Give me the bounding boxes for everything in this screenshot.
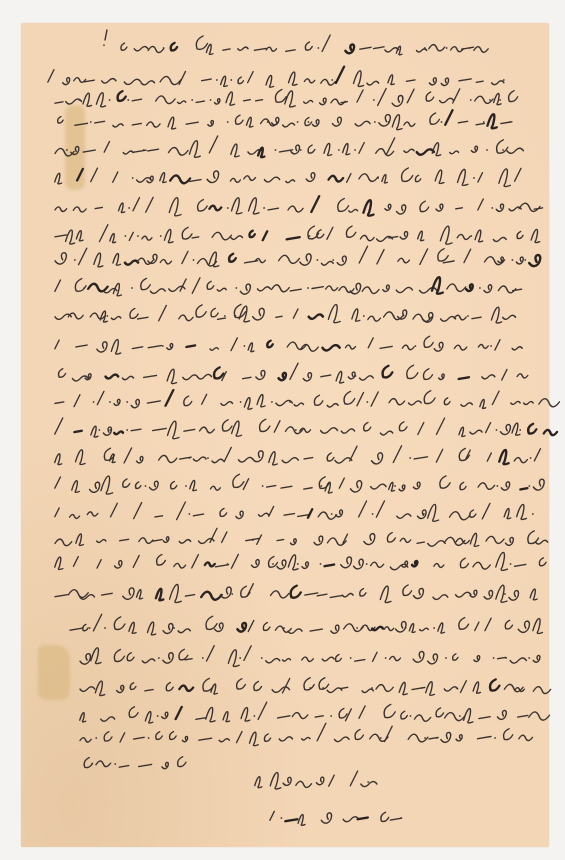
- shorthand-stroke: [136, 456, 143, 462]
- shorthand-stroke: [466, 284, 473, 291]
- punctuation-dot: [504, 593, 506, 595]
- shorthand-stroke: [484, 285, 492, 293]
- shorthand-stroke: [264, 734, 271, 741]
- shorthand-stroke: [254, 48, 266, 50]
- shorthand-stroke: [479, 717, 490, 719]
- punctuation-dot: [499, 99, 501, 101]
- shorthand-stroke: [353, 71, 365, 87]
- shorthand-stroke: [170, 43, 177, 51]
- shorthand-stroke: [278, 255, 299, 263]
- shorthand-stroke: [269, 507, 274, 517]
- punctuation-dot: [371, 687, 373, 689]
- shorthand-stroke: [247, 584, 253, 596]
- shorthand-stroke: [495, 340, 500, 350]
- shorthand-stroke: [429, 45, 445, 51]
- shorthand-stroke: [271, 118, 279, 125]
- shorthand-stroke: [419, 288, 437, 293]
- shorthand-stroke: [378, 89, 386, 106]
- shorthand-stroke: [255, 777, 264, 788]
- shorthand-stroke: [507, 148, 524, 153]
- shorthand-stroke: [373, 652, 377, 661]
- shorthand-stroke: [355, 730, 364, 740]
- shorthand-stroke: [418, 423, 424, 435]
- shorthand-stroke: [163, 537, 169, 543]
- shorthand-stroke: [459, 427, 466, 436]
- shorthand-stroke: [179, 540, 191, 544]
- shorthand-stroke: [502, 370, 507, 380]
- shorthand-stroke: [202, 79, 212, 81]
- shorthand-stroke: [463, 709, 474, 723]
- punctuation-dot: [272, 563, 274, 565]
- shorthand-stroke: [104, 141, 109, 152]
- shorthand-stroke: [71, 147, 80, 155]
- shorthand-stroke: [458, 121, 467, 123]
- shorthand-stroke: [167, 344, 173, 350]
- shorthand-stroke: [436, 204, 443, 211]
- punctuation-dot: [128, 207, 130, 209]
- shorthand-stroke: [277, 540, 284, 541]
- punctuation-dot: [224, 315, 226, 317]
- punctuation-dot: [157, 715, 159, 717]
- shorthand-stroke: [199, 427, 214, 433]
- shorthand-stroke: [210, 348, 219, 351]
- shorthand-stroke: [512, 347, 522, 350]
- shorthand-stroke: [113, 254, 122, 266]
- shorthand-stroke: [90, 313, 106, 319]
- shorthand-stroke: [312, 120, 319, 126]
- shorthand-stroke: [216, 565, 229, 567]
- shorthand-stroke: [417, 510, 426, 519]
- punctuation-dot: [104, 627, 106, 629]
- shorthand-stroke: [248, 198, 261, 214]
- punctuation-dot: [300, 149, 302, 151]
- shorthand-stroke: [268, 452, 278, 465]
- shorthand-stroke: [237, 623, 246, 632]
- shorthand-stroke: [487, 114, 498, 128]
- shorthand-stroke: [499, 450, 510, 464]
- shorthand-stroke: [211, 308, 219, 316]
- shorthand-stroke: [272, 687, 290, 692]
- shorthand-stroke: [134, 737, 145, 739]
- shorthand-stroke: [243, 479, 248, 490]
- punctuation-dot: [210, 99, 212, 101]
- shorthand-stroke: [359, 501, 367, 517]
- shorthand-stroke: [401, 168, 414, 181]
- shorthand-stroke: [397, 310, 407, 319]
- shorthand-stroke: [131, 429, 141, 431]
- shorthand-stroke: [124, 79, 141, 84]
- shorthand-stroke: [241, 708, 252, 722]
- shorthand-stroke: [257, 287, 270, 291]
- punctuation-dot: [162, 345, 164, 347]
- shorthand-stroke: [461, 403, 473, 407]
- shorthand-stroke: [357, 393, 364, 406]
- shorthand-stroke: [412, 687, 425, 689]
- shorthand-stroke: [239, 306, 251, 322]
- shorthand-stroke: [214, 367, 225, 378]
- shorthand-stroke: [207, 281, 215, 289]
- shorthand-stroke: [267, 486, 276, 487]
- shorthand-stroke: [476, 81, 483, 82]
- shorthand-stroke: [305, 593, 318, 595]
- shorthand-stroke: [95, 207, 102, 208]
- shorthand-stroke: [504, 509, 512, 519]
- shorthand-stroke: [230, 178, 240, 182]
- shorthand-stroke: [337, 256, 347, 265]
- punctuation-dot: [244, 345, 246, 347]
- shorthand-stroke: [378, 115, 390, 126]
- punctuation-dot: [330, 715, 332, 717]
- shorthand-stroke: [372, 627, 383, 630]
- shorthand-stroke: [131, 400, 140, 408]
- punctuation-dot: [114, 763, 116, 765]
- shorthand-stroke: [195, 305, 207, 317]
- shorthand-stroke: [77, 169, 83, 180]
- shorthand-stroke: [530, 589, 538, 600]
- shorthand-stroke: [328, 305, 342, 323]
- shorthand-stroke: [433, 595, 448, 600]
- shorthand-stroke: [408, 401, 421, 405]
- shorthand-stroke: [199, 738, 212, 740]
- shorthand-stroke: [140, 278, 151, 289]
- shorthand-stroke: [438, 623, 446, 633]
- shorthand-stroke: [74, 395, 80, 407]
- shorthand-stroke: [450, 151, 459, 154]
- shorthand-stroke: [380, 812, 389, 821]
- shorthand-stroke: [167, 369, 178, 383]
- shorthand-stroke: [329, 775, 334, 786]
- shorthand-stroke: [415, 175, 421, 181]
- punctuation-dot: [227, 121, 229, 123]
- shorthand-stroke: [498, 657, 506, 658]
- shorthand-stroke: [400, 232, 408, 240]
- shorthand-stroke: [385, 726, 393, 741]
- shorthand-stroke: [341, 687, 348, 688]
- punctuation-dot: [374, 121, 376, 123]
- punctuation-dot: [424, 737, 426, 739]
- shorthand-handwriting: [0, 0, 565, 860]
- shorthand-stroke: [334, 737, 349, 742]
- shorthand-stroke: [55, 402, 64, 403]
- shorthand-stroke: [249, 732, 260, 745]
- shorthand-stroke: [83, 150, 95, 152]
- shorthand-stroke: [324, 143, 333, 155]
- shorthand-stroke: [478, 483, 495, 489]
- shorthand-stroke: [321, 79, 336, 85]
- punctuation-dot: [283, 627, 285, 629]
- shorthand-stroke: [185, 659, 192, 660]
- shorthand-stroke: [197, 374, 212, 378]
- punctuation-dot: [123, 687, 125, 689]
- shorthand-stroke: [336, 67, 344, 83]
- shorthand-stroke: [317, 594, 327, 596]
- shorthand-stroke: [210, 486, 220, 490]
- shorthand-stroke: [478, 736, 491, 738]
- shorthand-stroke: [440, 226, 454, 244]
- shorthand-stroke: [268, 208, 278, 210]
- shorthand-stroke: [207, 171, 219, 183]
- shorthand-stroke: [282, 678, 289, 692]
- punctuation-dot: [126, 401, 128, 403]
- shorthand-stroke: [402, 585, 412, 595]
- shorthand-stroke: [161, 712, 168, 718]
- shorthand-stroke: [152, 540, 162, 542]
- shorthand-stroke: [125, 261, 139, 265]
- shorthand-stroke: [490, 679, 501, 690]
- punctuation-dot: [289, 401, 291, 403]
- shorthand-stroke: [80, 687, 95, 692]
- shorthand-stroke: [459, 79, 471, 81]
- punctuation-dot: [91, 763, 93, 765]
- shorthand-stroke: [327, 453, 335, 461]
- shorthand-stroke: [55, 102, 63, 103]
- shorthand-stroke: [327, 227, 333, 239]
- shorthand-stroke: [182, 251, 188, 263]
- punctuation-dot: [366, 563, 368, 565]
- shorthand-stroke: [196, 101, 204, 102]
- punctuation-dot: [532, 513, 534, 515]
- shorthand-stroke: [510, 658, 527, 663]
- shorthand-stroke: [248, 620, 254, 631]
- punctuation-dot: [295, 429, 297, 431]
- shorthand-stroke: [533, 479, 545, 490]
- shorthand-stroke: [322, 35, 330, 51]
- punctuation-dot: [98, 429, 100, 431]
- shorthand-stroke: [511, 401, 521, 404]
- shorthand-stroke: [343, 624, 363, 632]
- shorthand-stroke: [148, 46, 164, 52]
- punctuation-dot: [254, 715, 256, 717]
- shorthand-stroke: [301, 737, 310, 740]
- shorthand-stroke: [129, 309, 138, 319]
- punctuation-dot: [145, 485, 147, 487]
- shorthand-stroke: [412, 561, 418, 566]
- shorthand-stroke: [148, 149, 159, 151]
- shorthand-stroke: [339, 478, 344, 488]
- punctuation-dot: [503, 79, 505, 81]
- shorthand-stroke: [498, 169, 512, 187]
- shorthand-stroke: [121, 43, 128, 50]
- shorthand-stroke: [432, 143, 442, 156]
- shorthand-stroke: [319, 678, 330, 689]
- punctuation-dot: [275, 149, 277, 151]
- shorthand-stroke: [348, 372, 355, 379]
- shorthand-stroke: [266, 659, 281, 663]
- shorthand-stroke: [73, 557, 78, 567]
- shorthand-stroke: [252, 451, 264, 462]
- shorthand-stroke: [286, 50, 295, 52]
- shorthand-stroke: [429, 78, 437, 85]
- shorthand-stroke: [55, 418, 63, 434]
- shorthand-stroke: [482, 503, 490, 518]
- shorthand-stroke: [509, 591, 519, 601]
- shorthand-stroke: [485, 618, 491, 630]
- shorthand-stroke: [367, 81, 379, 85]
- shorthand-stroke: [455, 592, 471, 597]
- shorthand-stroke: [449, 512, 470, 520]
- shorthand-stroke: [222, 532, 227, 542]
- shorthand-stroke: [345, 345, 355, 349]
- shorthand-stroke: [414, 457, 427, 459]
- shorthand-stroke: [84, 80, 94, 82]
- shorthand-stroke: [179, 686, 193, 691]
- shorthand-stroke: [218, 318, 226, 319]
- shorthand-stroke: [205, 616, 218, 629]
- shorthand-stroke: [236, 679, 246, 689]
- shorthand-stroke: [136, 590, 143, 599]
- shorthand-stroke: [135, 482, 141, 488]
- shorthand-stroke: [209, 136, 217, 153]
- shorthand-stroke: [304, 79, 315, 83]
- shorthand-stroke: [413, 588, 424, 598]
- shorthand-stroke: [480, 399, 487, 408]
- shorthand-stroke: [117, 91, 126, 101]
- shorthand-stroke: [353, 559, 363, 569]
- shorthand-stroke: [460, 681, 466, 693]
- shorthand-stroke: [359, 376, 373, 380]
- shorthand-stroke: [444, 713, 465, 721]
- punctuation-dot: [491, 207, 493, 209]
- punctuation-dot: [424, 47, 426, 49]
- shorthand-stroke: [388, 482, 395, 491]
- shorthand-stroke: [147, 622, 157, 635]
- shorthand-stroke: [103, 427, 112, 435]
- punctuation-dot: [131, 287, 133, 289]
- shorthand-stroke: [288, 72, 298, 85]
- shorthand-stroke: [460, 558, 469, 568]
- shorthand-stroke: [308, 509, 312, 517]
- shorthand-stroke: [314, 536, 323, 545]
- shorthand-stroke: [460, 482, 467, 489]
- shorthand-stroke: [276, 316, 282, 317]
- shorthand-stroke: [335, 654, 342, 661]
- shorthand-stroke: [474, 47, 489, 53]
- shorthand-stroke: [478, 344, 488, 348]
- shorthand-stroke: [346, 226, 357, 237]
- shorthand-stroke: [238, 47, 249, 50]
- shorthand-stroke: [141, 81, 155, 85]
- shorthand-stroke: [310, 629, 322, 631]
- shorthand-stroke: [282, 123, 294, 127]
- shorthand-stroke: [122, 376, 134, 379]
- shorthand-stroke: [539, 399, 560, 407]
- shorthand-stroke: [212, 232, 232, 240]
- shorthand-stroke: [196, 718, 206, 720]
- shorthand-stroke: [470, 430, 483, 434]
- punctuation-dot: [355, 375, 357, 377]
- shorthand-stroke: [183, 375, 199, 380]
- shorthand-stroke: [404, 122, 415, 126]
- shorthand-stroke: [223, 712, 231, 722]
- shorthand-stroke: [212, 459, 224, 463]
- shorthand-stroke: [341, 102, 347, 103]
- shorthand-stroke: [252, 308, 264, 320]
- punctuation-dot: [505, 657, 507, 659]
- shorthand-stroke: [69, 515, 79, 519]
- shorthand-stroke: [236, 511, 244, 518]
- punctuation-dot: [309, 235, 311, 237]
- punctuation-dot: [66, 149, 68, 151]
- shorthand-stroke: [205, 707, 216, 721]
- shorthand-stroke: [146, 122, 160, 127]
- shorthand-stroke: [437, 249, 449, 261]
- shorthand-stroke: [231, 144, 241, 157]
- shorthand-stroke: [505, 537, 513, 545]
- shorthand-stroke: [147, 401, 160, 403]
- shorthand-stroke: [517, 231, 524, 238]
- shorthand-stroke: [243, 377, 251, 378]
- shorthand-stroke: [534, 208, 542, 209]
- shorthand-stroke: [441, 78, 449, 85]
- punctuation-dot: [332, 259, 334, 261]
- punctuation-dot: [137, 235, 139, 237]
- shorthand-stroke: [182, 736, 188, 741]
- shorthand-stroke: [352, 309, 362, 321]
- shorthand-stroke: [130, 683, 136, 690]
- shorthand-stroke: [124, 448, 131, 463]
- punctuation-dot: [509, 121, 511, 123]
- shorthand-stroke: [275, 626, 291, 632]
- punctuation-dot: [262, 485, 264, 487]
- shorthand-stroke: [318, 512, 337, 519]
- punctuation-dot: [163, 47, 165, 49]
- punctuation-dot: [317, 47, 319, 49]
- shorthand-stroke: [290, 586, 301, 598]
- shorthand-stroke: [148, 346, 161, 348]
- shorthand-stroke: [322, 657, 334, 661]
- punctuation-dot: [191, 99, 193, 101]
- shorthand-stroke: [166, 390, 174, 406]
- shorthand-stroke: [432, 277, 445, 294]
- shorthand-stroke: [278, 373, 286, 380]
- punctuation-dot: [261, 657, 263, 659]
- shorthand-stroke: [498, 286, 516, 293]
- shorthand-stroke: [387, 533, 396, 542]
- shorthand-stroke: [308, 314, 323, 319]
- shorthand-stroke: [132, 347, 142, 349]
- shorthand-stroke: [238, 457, 253, 462]
- shorthand-stroke: [370, 484, 386, 489]
- shorthand-stroke: [114, 617, 126, 630]
- punctuation-dot: [483, 121, 485, 123]
- shorthand-stroke: [97, 560, 101, 568]
- shorthand-stroke: [407, 89, 414, 102]
- shorthand-stroke: [413, 482, 420, 489]
- punctuation-dot: [267, 121, 269, 123]
- shorthand-stroke: [359, 143, 364, 154]
- punctuation-dot: [421, 687, 423, 689]
- punctuation-dot: [188, 457, 190, 459]
- shorthand-stroke: [470, 533, 480, 546]
- punctuation-dot: [106, 315, 108, 317]
- shorthand-stroke: [55, 280, 61, 291]
- shorthand-stroke: [160, 76, 182, 84]
- shorthand-stroke: [402, 345, 414, 350]
- shorthand-stroke: [420, 249, 428, 264]
- shorthand-stroke: [531, 229, 541, 242]
- shorthand-stroke: [145, 690, 153, 691]
- shorthand-stroke: [389, 399, 405, 405]
- shorthand-stroke: [303, 100, 312, 103]
- shorthand-stroke: [434, 564, 444, 568]
- shorthand-stroke: [382, 175, 389, 183]
- shorthand-stroke: [341, 429, 355, 433]
- punctuation-dot: [78, 99, 80, 101]
- shorthand-stroke: [220, 587, 232, 598]
- shorthand-stroke: [136, 178, 151, 182]
- punctuation-dot: [490, 345, 492, 347]
- shorthand-stroke: [475, 230, 484, 242]
